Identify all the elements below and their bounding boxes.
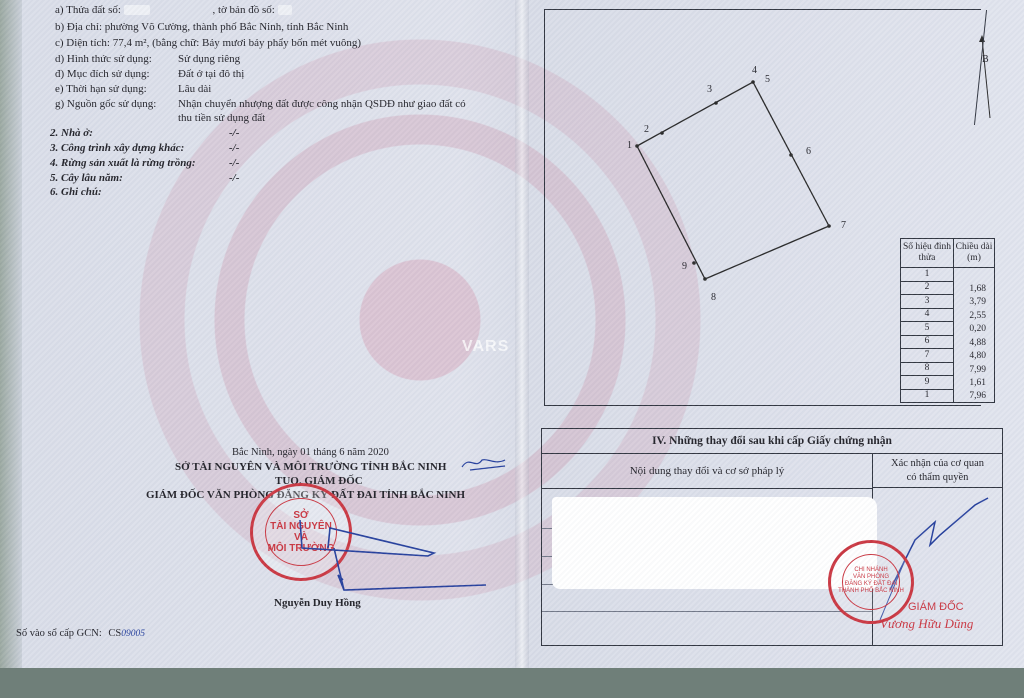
vertex-id: 5 [901, 322, 954, 336]
length-value: 1,61 [954, 376, 995, 390]
vertex-label-6: 6 [806, 146, 811, 157]
vertex-label-4: 4 [752, 65, 757, 76]
register-handwritten-number: 09005 [121, 629, 145, 639]
confirm-header-line-2: có thẩm quyền [873, 471, 1002, 485]
edge-length-table: Số hiệu đỉnh thửa Chiều dài (m) 1 21,68 … [900, 238, 995, 403]
vertex-id: 4 [901, 308, 954, 322]
changes-content-header: Nội dung thay đổi và cơ sở pháp lý [542, 454, 873, 489]
length-value: 7,99 [954, 362, 995, 376]
signer-name: Nguyễn Duy Hồng [274, 597, 361, 609]
length-spacer [954, 268, 995, 282]
confirm-signer: Vương Hữu Dũng [880, 616, 973, 632]
register-label: Số vào sổ cấp GCN: [16, 628, 102, 639]
vertex-label-1: 1 [627, 140, 632, 151]
confirm-title: GIÁM ĐỐC [908, 601, 964, 613]
vertex-label-8: 8 [711, 292, 716, 303]
vertex-id: 1 [901, 389, 954, 403]
land-certificate-page: a) Thửa đất số: , tờ bản đồ số: b) Địa c… [0, 0, 1024, 668]
vertex-id: 2 [901, 281, 954, 295]
length-value: 2,55 [954, 308, 995, 322]
vertex-id: 6 [901, 335, 954, 349]
vertex-id: 1 [901, 268, 954, 282]
length-value: 0,20 [954, 322, 995, 336]
vertex-label-2: 2 [644, 124, 649, 135]
seal-line-3: ĐĂNG KÝ ĐẤT ĐAI [831, 581, 911, 588]
vertex-label-5: 5 [765, 74, 770, 85]
seal-text: CHI NHÁNH VĂN PHÒNG ĐĂNG KÝ ĐẤT ĐAI THÀN… [831, 567, 911, 595]
register-number: Số vào sổ cấp GCN: CS09005 [16, 628, 145, 639]
branch-office-seal: CHI NHÁNH VĂN PHÒNG ĐĂNG KÝ ĐẤT ĐAI THÀN… [828, 540, 914, 624]
north-label: B [982, 54, 989, 65]
vertex-label-3: 3 [707, 84, 712, 95]
changes-title: IV. Những thay đổi sau khi cấp Giấy chứn… [542, 429, 1002, 454]
length-header: Chiều dài (m) [954, 239, 995, 268]
length-value: 1,68 [954, 281, 995, 295]
length-value: 7,96 [954, 389, 995, 403]
vertex-id: 9 [901, 376, 954, 390]
length-value: 4,80 [954, 349, 995, 363]
row-line [542, 611, 872, 612]
length-value: 3,79 [954, 295, 995, 309]
seal-line-4: THÀNH PHỐ BẮC NINH [831, 588, 911, 595]
initial-signature [462, 460, 505, 470]
length-value: 4,88 [954, 335, 995, 349]
vertex-id: 8 [901, 362, 954, 376]
vertex-id: 7 [901, 349, 954, 363]
vertex-id-header: Số hiệu đỉnh thửa [901, 239, 954, 268]
seal-line-1: CHI NHÁNH [831, 567, 911, 574]
north-arrow-line [982, 38, 990, 118]
vertex-label-7: 7 [841, 220, 846, 231]
vertex-label-9: 9 [682, 261, 687, 272]
vertex-id: 3 [901, 295, 954, 309]
changes-confirm-header: Xác nhận của cơ quan có thẩm quyền [873, 454, 1002, 488]
seal-line-2: VĂN PHÒNG [831, 574, 911, 581]
confirm-header-line-1: Xác nhận của cơ quan [873, 457, 1002, 471]
register-prefix: CS [108, 628, 121, 639]
director-signature [300, 520, 486, 590]
